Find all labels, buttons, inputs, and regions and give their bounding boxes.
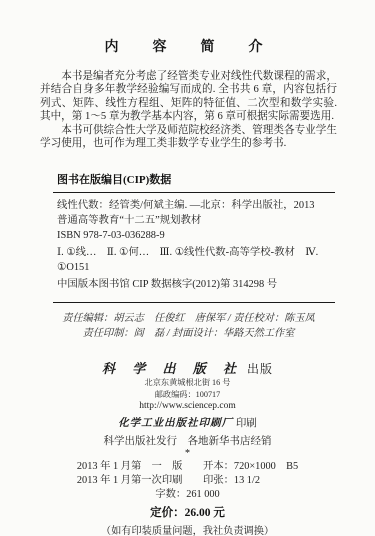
cip-block: 图书在版编目(CIP)数据 线性代数：经管类/何斌主编. —北京：科学出版社，2…: [53, 171, 335, 303]
cip-registry: 中国版本图书馆 CIP 数据核字(2012)第 314298 号: [57, 278, 335, 293]
star-divider: *: [0, 449, 375, 458]
credits-printing: 责任印制：阎 磊 / 封面设计：华路天然工作室: [40, 326, 337, 341]
page-title: 内 容 简 介: [40, 36, 337, 56]
quality-note: （如有印装质量问题，我社负责调换）: [0, 522, 375, 536]
book-copyright-page: 内 容 简 介 本书是编者充分考虑了经管类专业对线性代数课程的需求，并结合自身多…: [0, 0, 375, 536]
edition-line-1: 2013 年 1 月第 一 版 开本：720×1000 B5: [77, 460, 298, 474]
publisher-website: http://www.sciencep.com: [0, 400, 375, 413]
publisher-address: 北京东黄城根北街 16 号: [0, 377, 375, 389]
printer-name: 化学工业出版社印刷厂: [118, 418, 233, 429]
imprint-block: 科 学 出 版 社 出版 北京东黄城根北街 16 号 邮政编码：100717 h…: [0, 358, 375, 536]
cip-entry-title: 线性代数：经管类/何斌主编. —北京：科学出版社，2013: [57, 199, 335, 214]
word-count: 字数：261 000: [0, 488, 375, 501]
cip-header: 图书在版编目(CIP)数据: [53, 171, 335, 192]
publisher-suffix: 出版: [243, 362, 273, 376]
printer-line: 化学工业出版社印刷厂 印刷: [0, 415, 375, 430]
credits-editors: 责任编辑：胡云志 任俊红 唐保军 / 责任校对：陈玉凤: [40, 311, 337, 326]
publisher-name: 科 学 出 版 社: [102, 361, 243, 376]
credits-block: 责任编辑：胡云志 任俊红 唐保军 / 责任校对：陈玉凤 责任印制：阎 磊 / 封…: [40, 311, 337, 341]
intro-paragraph-2: 本书可供综合性大学及师范院校经济类、管理类各专业学生学习使用，也可作为理工类非数…: [40, 124, 337, 151]
cip-series: 普通高等教育“十二五”规划教材: [57, 214, 335, 229]
edition-lines: 2013 年 1 月第 一 版 开本：720×1000 B5 2013 年 1 …: [77, 460, 298, 488]
content-summary: 本书是编者充分考虑了经管类专业对线性代数课程的需求，并结合自身多年教学经验编写而…: [40, 70, 337, 150]
distribution-line: 科学出版社发行 各地新华书店经销: [0, 433, 375, 448]
publisher-line: 科 学 出 版 社 出版: [0, 358, 375, 377]
publisher-postcode: 邮政编码：100717: [0, 389, 375, 401]
edition-line-2: 2013 年 1 月第一次印刷 印张：13 1/2: [77, 474, 298, 488]
cip-isbn: ISBN 978-7-03-036288-9: [57, 229, 335, 244]
price: 定价：26.00 元: [0, 504, 375, 520]
printer-suffix: 印刷: [233, 418, 257, 429]
intro-paragraph-1: 本书是编者充分考虑了经管类专业对线性代数课程的需求，并结合自身多年教学经验编写而…: [40, 70, 337, 124]
cip-body: 线性代数：经管类/何斌主编. —北京：科学出版社，2013 普通高等教育“十二五…: [53, 192, 335, 303]
cip-classification: Ⅰ. ①线… Ⅱ. ①何… Ⅲ. ①线性代数-高等学校-教材 Ⅳ. ①O151: [57, 246, 335, 275]
